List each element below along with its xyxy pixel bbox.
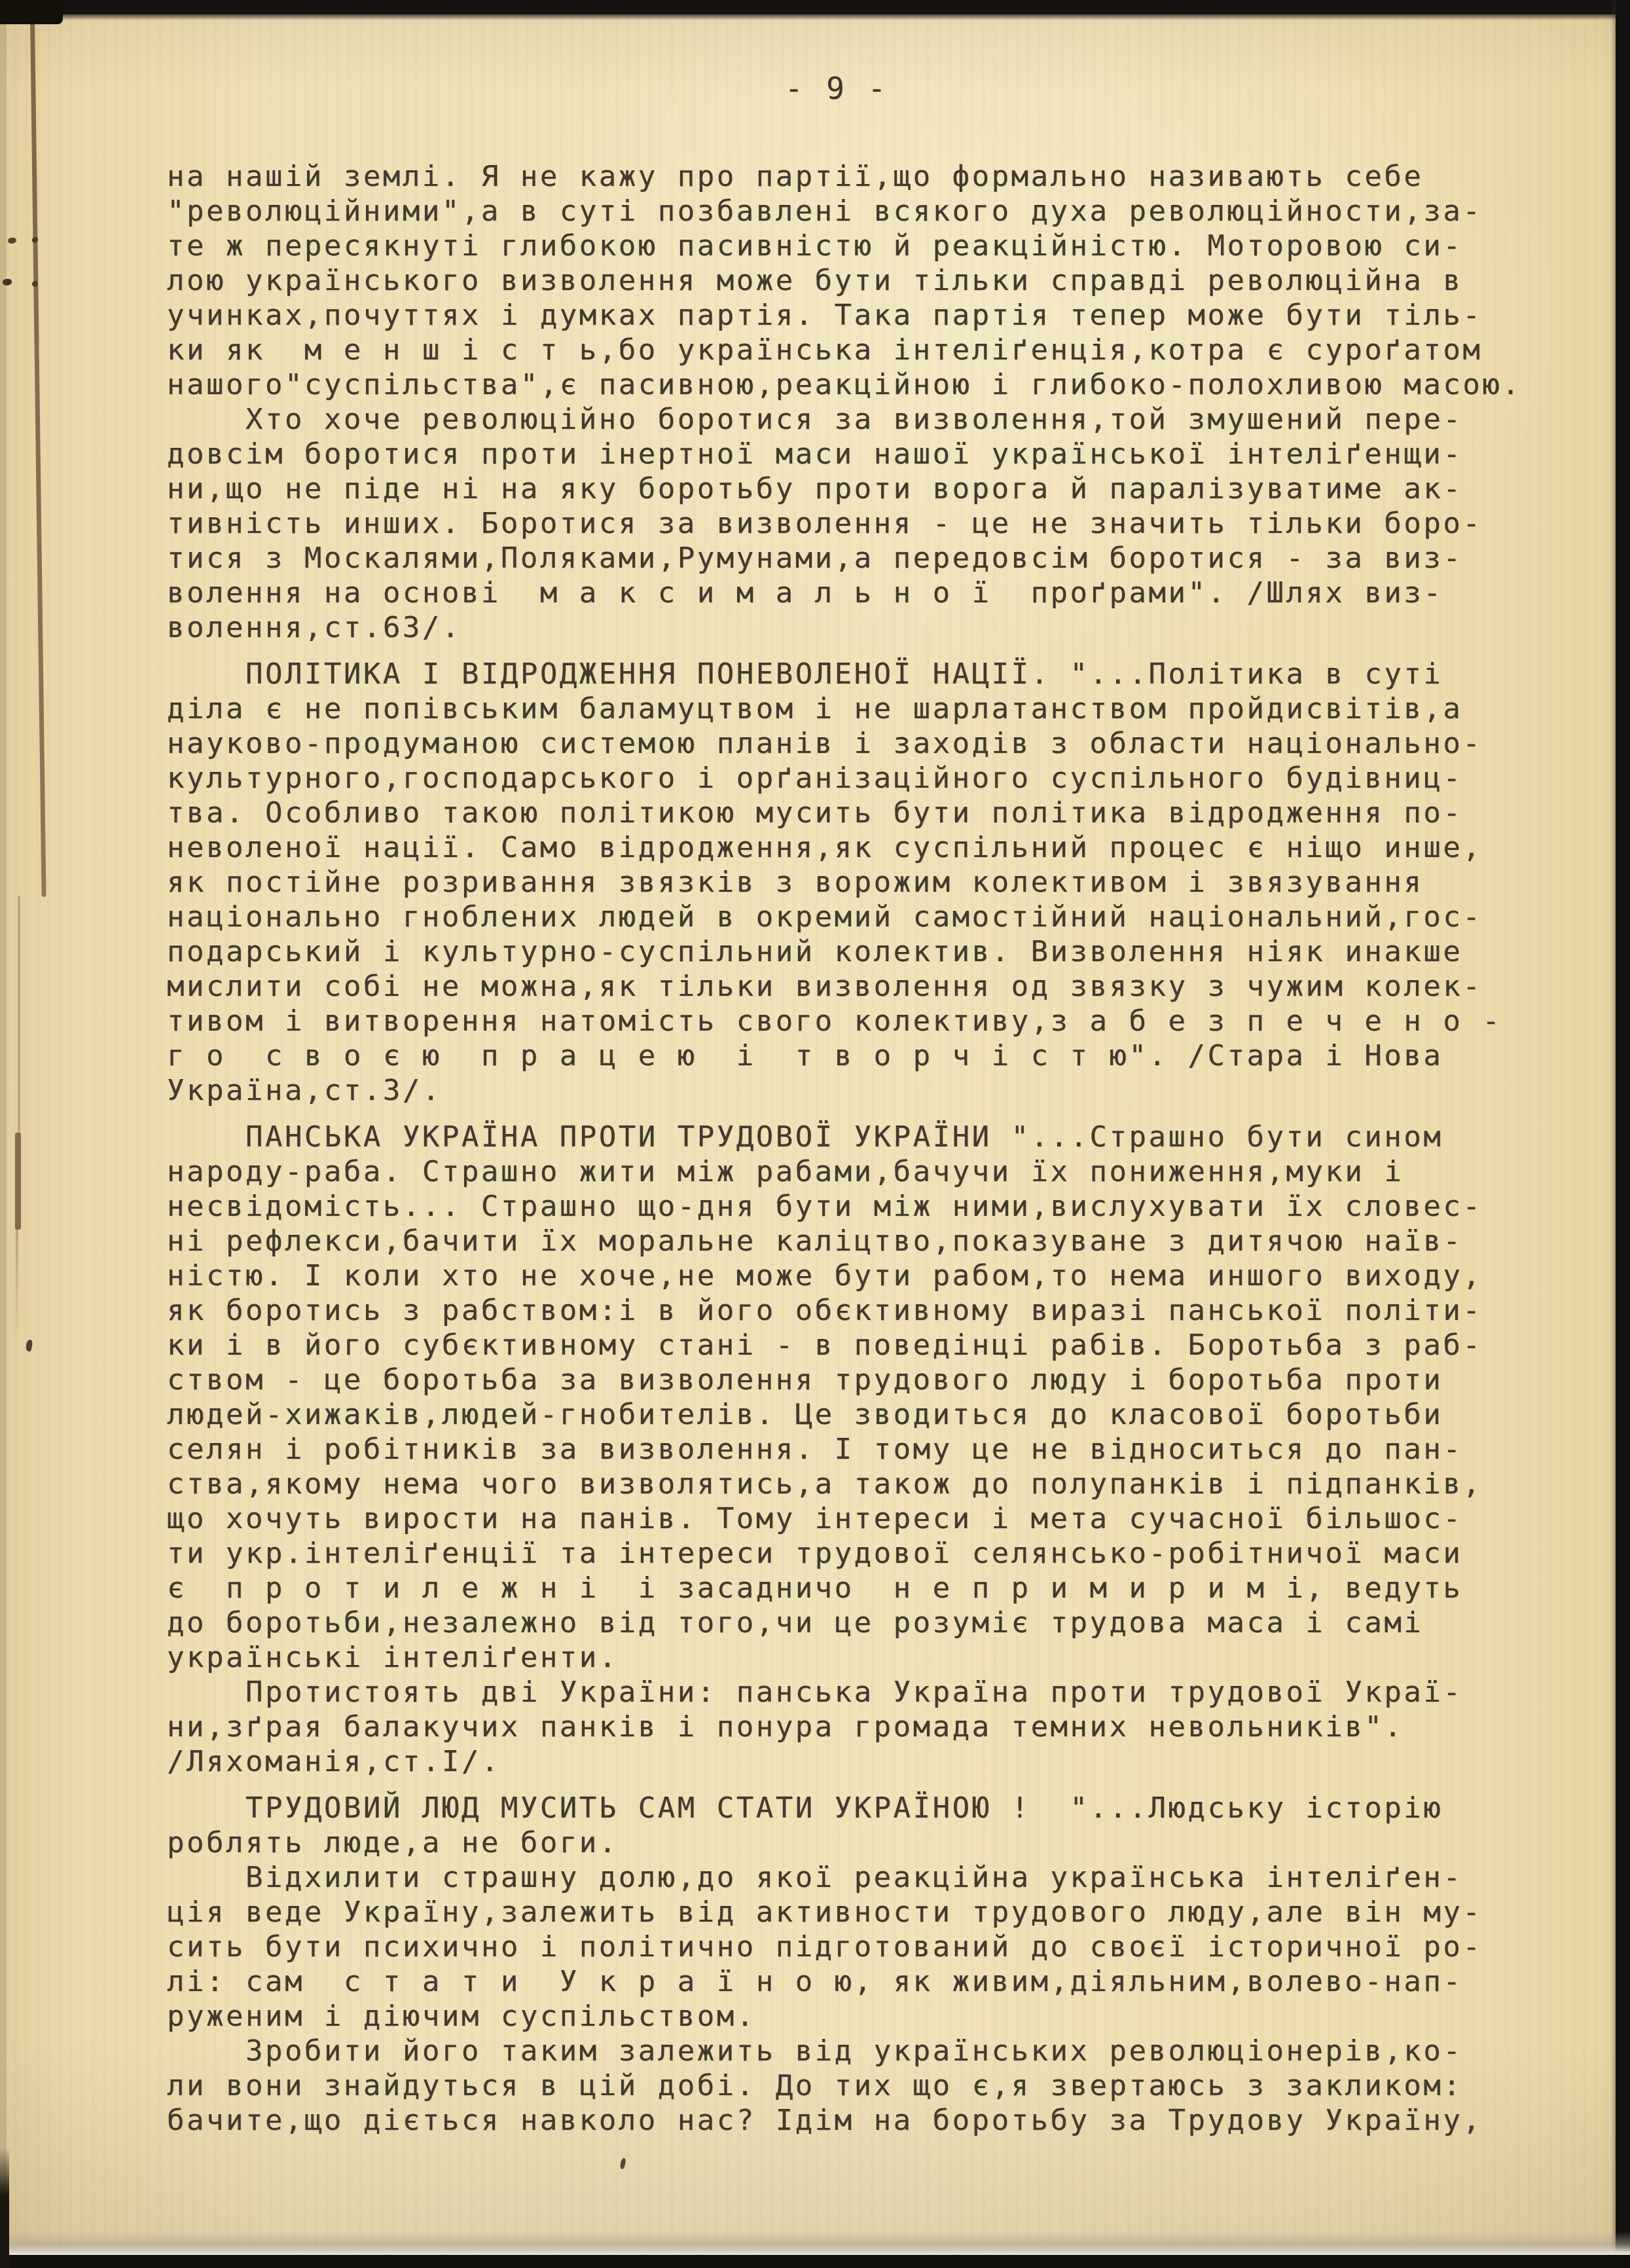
text-line: ки як м е н ш і с т ь,бо українська інте… [167,333,1515,367]
text-line: неволеної нації. Само відродження,як сус… [167,830,1515,865]
paragraph: Зробити його таким залежить від українсь… [167,2034,1515,2138]
text-line: ни,що не піде ні на яку боротьбу проти в… [167,471,1515,506]
text-line: Зробити його таким залежить від українсь… [167,2034,1515,2068]
text-line: ки і в його субєктивному стані - в повед… [167,1328,1515,1363]
text-line: подарський і культурно-суспільний колект… [167,934,1515,969]
text-line: людей-хижаків,людей-гнобителів. Це зводи… [167,1397,1515,1432]
text-line: ПОЛІТИКА І ВІДРОДЖЕННЯ ПОНЕВОЛЕНОЇ НАЦІЇ… [167,657,1515,691]
scan-edge-bottom-gray-band [0,2231,1630,2255]
text-line: "революційними",а в суті позбавлені всяк… [167,194,1515,229]
text-line: ПАНСЬКА УКРАЇНА ПРОТИ ТРУДОВОЇ УКРАЇНИ "… [167,1120,1515,1154]
text-line: ністю. І коли хто не хоче,не може бути р… [167,1258,1515,1293]
text-line: /Ляхоманія,ст.I/. [167,1744,1515,1779]
ink-speck [8,238,16,244]
text-line: руженим і діючим суспільством. [167,1999,1515,2034]
binding-crease [30,18,46,897]
text-line: що хочуть вирости на панів. Тому інтерес… [167,1501,1515,1536]
text-line: до боротьби,незалежно від того,чи це роз… [167,1605,1515,1640]
binding-crease [15,1133,21,1230]
text-line: ні рефлекси,бачити їх моральне каліцтво,… [167,1224,1515,1258]
scan-edge-top-fade [0,14,1630,20]
paragraph: ПАНСЬКА УКРАЇНА ПРОТИ ТРУДОВОЇ УКРАЇНИ "… [167,1120,1515,1779]
scan-edge-bottom-left [0,2148,9,2268]
text-line: народу-раба. Страшно жити між рабами,бач… [167,1154,1515,1189]
text-line: національно гноблених людей в окремий са… [167,900,1515,934]
ink-speck [619,2157,626,2169]
text-line: волення на основі м а к с и м а л ь н о … [167,576,1515,610]
typewritten-text: на нашій землі. Я не кажу про партії,що … [167,159,1515,2138]
binding-crease [18,896,20,1134]
scan-edge-bottom [0,2255,1630,2268]
text-line: тва. Особливо такою політикою мусить бут… [167,796,1515,830]
text-line: тися з Москалями,Поляками,Румунами,а пер… [167,541,1515,576]
text-line: роблять люде,а не боги. [167,1825,1515,1860]
paragraph: Хто хоче революційно боротися за визволе… [167,402,1515,645]
text-line: є п р о т и л е ж н і і засадничо н е п … [167,1571,1515,1605]
binding-crease [16,1228,18,1346]
paragraph: ПОЛІТИКА І ВІДРОДЖЕННЯ ПОНЕВОЛЕНОЇ НАЦІЇ… [167,657,1515,1108]
text-line: ли вони знайдуться в цій добі. До тих що… [167,2068,1515,2103]
text-line: г о с в о є ю п р а ц е ю і т в о р ч і … [167,1038,1515,1073]
text-line: Україна,ст.3/. [167,1073,1515,1108]
text-line: несвідомість... Страшно що-дня бути між … [167,1189,1515,1224]
text-line: ТРУДОВИЙ ЛЮД МУСИТЬ САМ СТАТИ УКРАЇНОЮ !… [167,1791,1515,1825]
page-number: - 9 - [167,71,1506,106]
text-line: сить бути психично і політично підготова… [167,1930,1515,1964]
text-line: Відхилити страшну долю,до якої реакційна… [167,1860,1515,1895]
text-line: те ж пересякнуті глибокою пасивністю й р… [167,229,1515,263]
scanned-document-page: - 9 - на нашій землі. Я не кажу про парт… [0,0,1630,2268]
scan-edge-right-fade [1610,0,1616,2268]
text-line: нашого"суспільства",є пасивною,реакційно… [167,367,1515,402]
text-line: як постійне розривання звязків з ворожим… [167,865,1515,900]
text-line: лою українського визволення може бути ті… [167,263,1515,298]
ink-speck [25,1339,33,1351]
text-line: тивність инших. Боротися за визволення -… [167,506,1515,541]
text-line: українські інтеліґенти. [167,1640,1515,1675]
scan-edge-left-shade [0,0,7,2268]
text-line: довсім боротися проти інертної маси нашо… [167,437,1515,471]
text-line: селян і робітників за визволення. І тому… [167,1432,1515,1467]
paragraph: на нашій землі. Я не кажу про партії,що … [167,159,1515,402]
text-line: ства,якому нема чого визволятись,а також… [167,1467,1515,1501]
text-line: ти укр.інтеліґенції та інтереси трудової… [167,1536,1515,1571]
text-line: Протистоять дві України: панська Україна… [167,1675,1515,1710]
text-line: мислити собі не можна,як тільки визволен… [167,969,1515,1004]
text-line: лі: сам с т а т и У к р а ї н о ю, як жи… [167,1964,1515,1999]
text-line: бачите,що діється навколо нас? Ідім на б… [167,2103,1515,2138]
text-line: учинках,почуттях і думках партія. Така п… [167,298,1515,333]
text-line: ція веде Україну,залежить від активности… [167,1895,1515,1930]
scan-edge-right [1616,0,1630,2268]
text-line: Хто хоче революційно боротися за визволе… [167,402,1515,437]
scan-edge-top [0,0,1630,14]
text-line: науково-продуманою системою планів і зах… [167,726,1515,761]
paragraph: ТРУДОВИЙ ЛЮД МУСИТЬ САМ СТАТИ УКРАЇНОЮ !… [167,1791,1515,1860]
text-line: тивом і витворення натомість свого колек… [167,1004,1515,1038]
text-line: ством - це боротьба за визволення трудов… [167,1363,1515,1397]
paragraph: Відхилити страшну долю,до якої реакційна… [167,1860,1515,2034]
text-line: як боротись з рабством:і в його обєктивн… [167,1293,1515,1328]
text-line: на нашій землі. Я не кажу про партії,що … [167,159,1515,194]
text-line: культурного,господарського і орґанізацій… [167,761,1515,796]
text-line: ни,зґрая балакучих панків і понура грома… [167,1710,1515,1744]
text-line: діла є не попівським баламуцтвом і не ша… [167,691,1515,726]
scan-edge-top-left [0,0,63,24]
text-line: волення,ст.63/. [167,610,1515,645]
